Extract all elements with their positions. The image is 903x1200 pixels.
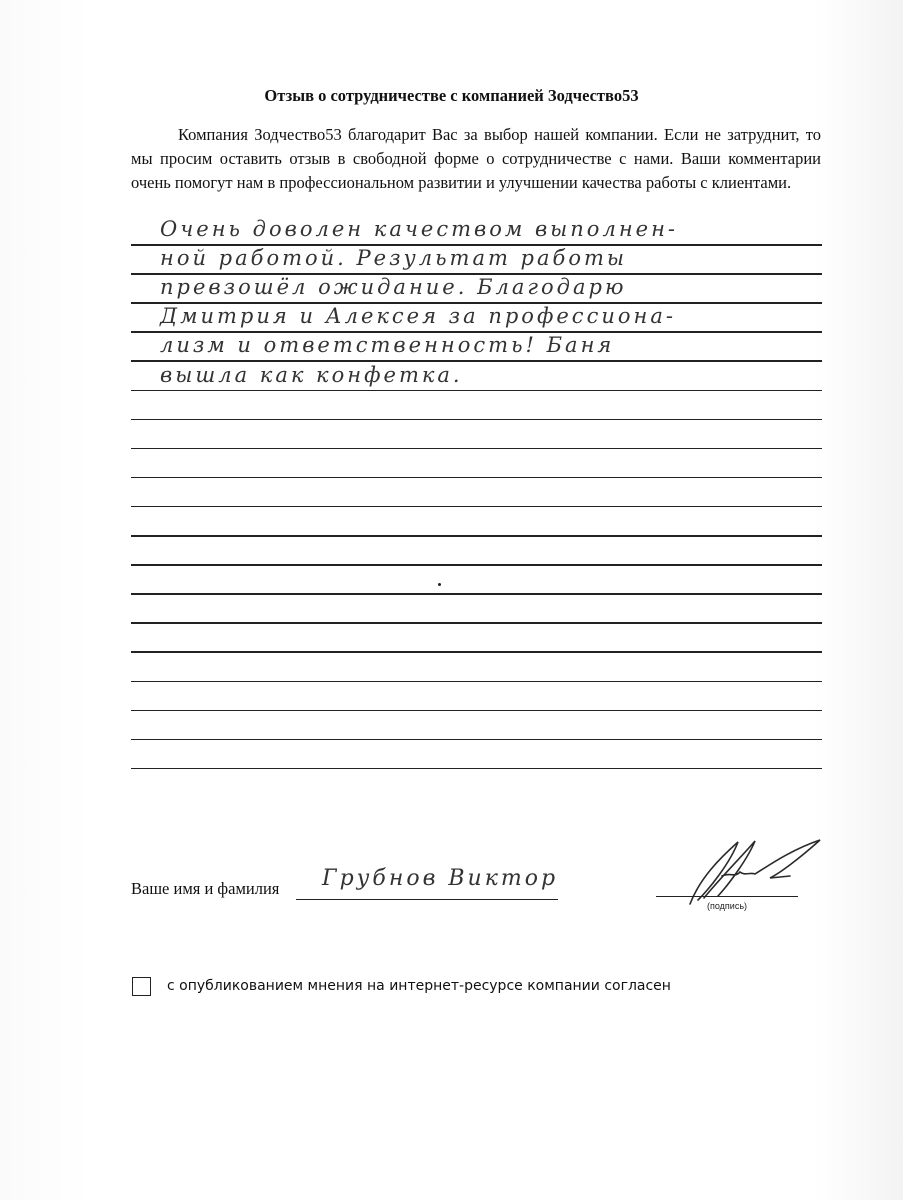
consent-label: с опубликованием мнения на интернет-ресу… <box>167 978 671 994</box>
review-line[interactable] <box>131 622 822 624</box>
review-handwriting: ной работой. Результат работы <box>160 246 627 270</box>
consent-checkbox[interactable] <box>132 977 151 996</box>
review-line[interactable] <box>131 739 822 741</box>
review-handwriting: превзошёл ожидание. Благодарю <box>160 275 626 299</box>
review-handwriting: Дмитрия и Алексея за профессиона- <box>160 304 676 328</box>
review-line[interactable] <box>131 448 822 450</box>
name-field-label: Ваше имя и фамилия <box>131 879 279 899</box>
review-line[interactable] <box>131 506 822 508</box>
review-line[interactable] <box>131 419 822 421</box>
review-handwriting: Очень доволен качеством выполнен- <box>160 217 678 241</box>
review-line[interactable] <box>131 768 822 770</box>
review-line[interactable] <box>131 593 822 595</box>
review-line[interactable] <box>131 651 822 653</box>
review-line[interactable] <box>131 535 822 537</box>
scan-speck <box>438 583 441 586</box>
review-handwriting: вышла как конфетка. <box>160 363 463 387</box>
signature-icon <box>660 838 830 908</box>
review-line[interactable] <box>131 477 822 479</box>
signature-line[interactable] <box>656 896 798 897</box>
review-line[interactable] <box>131 564 822 566</box>
review-line[interactable] <box>131 710 822 712</box>
document-title: Отзыв о сотрудничестве с компанией Зодче… <box>0 86 903 106</box>
name-field-line[interactable] <box>296 899 558 900</box>
intro-text: Компания Зодчество53 благодарит Вас за в… <box>131 123 821 195</box>
name-field-value: Грубнов Виктор <box>322 866 558 891</box>
review-handwriting: лизм и ответственность! Баня <box>160 333 614 357</box>
review-line[interactable] <box>131 681 822 683</box>
review-line[interactable] <box>131 390 822 392</box>
scanned-page: Отзыв о сотрудничестве с компанией Зодче… <box>0 0 903 1200</box>
signature-caption: (подпись) <box>707 901 747 911</box>
intro-paragraph: Компания Зодчество53 благодарит Вас за в… <box>131 123 821 195</box>
